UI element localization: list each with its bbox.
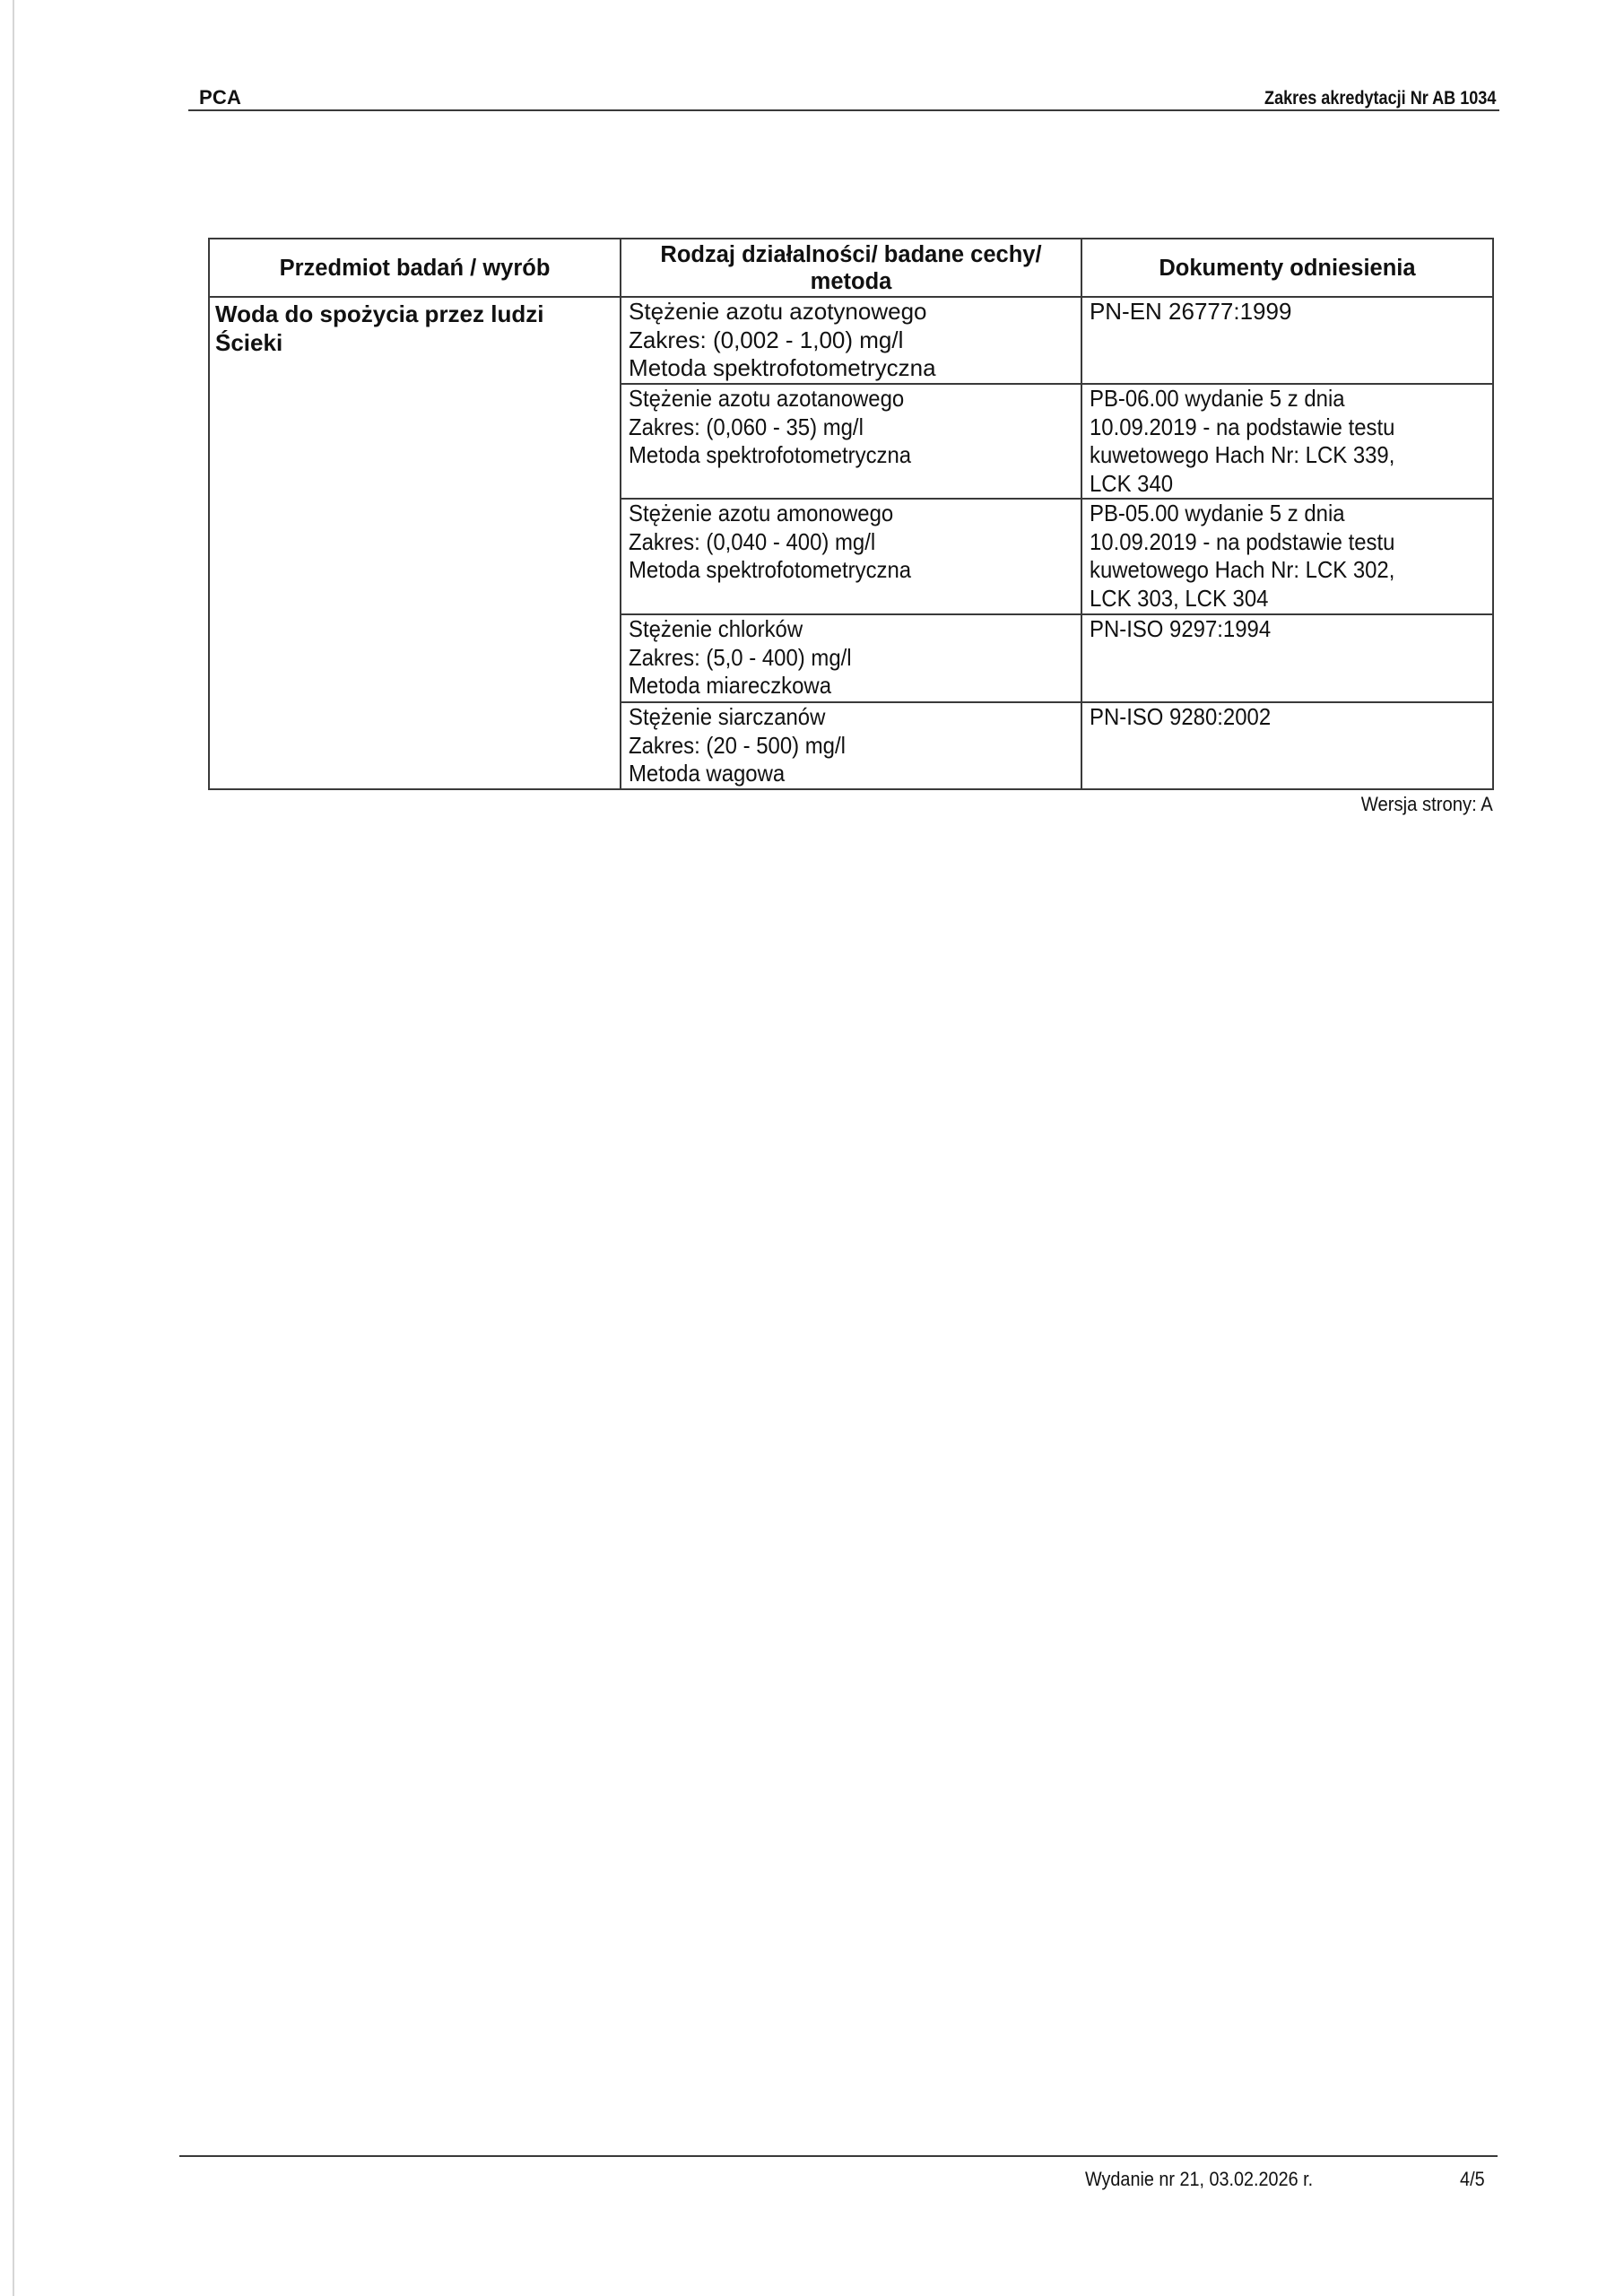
page-header: PCA Zakres akredytacji Nr AB 1034: [188, 84, 1499, 111]
document-line: kuwetowego Hach Nr: LCK 339,: [1090, 441, 1455, 470]
document-line: 10.09.2019 - na podstawie testu: [1090, 528, 1455, 557]
activity-line: Stężenie azotu azotynowego: [629, 298, 1075, 326]
documents-cell: PB-06.00 wydanie 5 z dnia 10.09.2019 - n…: [1081, 384, 1493, 499]
activity-line: Stężenie azotu azotanowego: [629, 385, 1039, 413]
activity-line: Stężenie siarczanów: [629, 703, 1039, 732]
header-accreditation-scope: Zakres akredytacji Nr AB 1034: [1264, 88, 1496, 109]
document-line: PN-ISO 9280:2002: [1090, 703, 1455, 732]
activity-cell: Stężenie azotu azotynowego Zakres: (0,00…: [621, 297, 1081, 384]
document-line: LCK 303, LCK 304: [1090, 585, 1455, 613]
activity-line: Zakres: (0,002 - 1,00) mg/l: [629, 326, 1075, 355]
activity-line: Zakres: (0,060 - 35) mg/l: [629, 413, 1039, 442]
subject-cell: Woda do spożycia przez ludzi Ścieki: [209, 297, 621, 789]
footer-page-number: 4/5: [1460, 2168, 1485, 2191]
document-line: PN-EN 26777:1999: [1090, 298, 1487, 326]
activity-line: Metoda spektrofotometryczna: [629, 441, 1039, 470]
document-line: PN-ISO 9297:1994: [1090, 615, 1455, 644]
activity-cell: Stężenie siarczanów Zakres: (20 - 500) m…: [621, 702, 1081, 789]
activity-cell: Stężenie azotu amonowego Zakres: (0,040 …: [621, 499, 1081, 614]
header-org: PCA: [199, 86, 241, 109]
subject-line: Woda do spożycia przez ludzi: [215, 300, 614, 329]
table-row: Woda do spożycia przez ludzi Ścieki Stęż…: [209, 297, 1493, 384]
table-header-row: Przedmiot badań / wyrób Rodzaj działalno…: [209, 239, 1493, 297]
activity-line: Stężenie azotu amonowego: [629, 500, 1039, 528]
document-line: PB-05.00 wydanie 5 z dnia: [1090, 500, 1455, 528]
page-footer: Wydanie nr 21, 03.02.2026 r. 4/5: [179, 2155, 1498, 2193]
footer-edition: Wydanie nr 21, 03.02.2026 r.: [1085, 2168, 1313, 2191]
activity-line: Stężenie chlorków: [629, 615, 1039, 644]
column-header-subject: Przedmiot badań / wyrób: [209, 239, 621, 297]
activity-line: Metoda wagowa: [629, 760, 1039, 788]
activity-line: Zakres: (0,040 - 400) mg/l: [629, 528, 1039, 557]
activity-cell: Stężenie chlorków Zakres: (5,0 - 400) mg…: [621, 614, 1081, 702]
documents-cell: PB-05.00 wydanie 5 z dnia 10.09.2019 - n…: [1081, 499, 1493, 614]
column-header-documents: Dokumenty odniesienia: [1081, 239, 1493, 297]
documents-cell: PN-ISO 9280:2002: [1081, 702, 1493, 789]
document-line: PB-06.00 wydanie 5 z dnia: [1090, 385, 1455, 413]
subject-line: Ścieki: [215, 329, 614, 358]
documents-cell: PN-ISO 9297:1994: [1081, 614, 1493, 702]
documents-cell: PN-EN 26777:1999: [1081, 297, 1493, 384]
activity-cell: Stężenie azotu azotanowego Zakres: (0,06…: [621, 384, 1081, 499]
scan-edge-line: [13, 0, 14, 2296]
activity-line: Zakres: (20 - 500) mg/l: [629, 732, 1039, 761]
document-line: kuwetowego Hach Nr: LCK 302,: [1090, 556, 1455, 585]
document-line: LCK 340: [1090, 470, 1455, 499]
document-line: 10.09.2019 - na podstawie testu: [1090, 413, 1455, 442]
activity-line: Metoda miareczkowa: [629, 672, 1039, 700]
accreditation-scope-table: Przedmiot badań / wyrób Rodzaj działalno…: [208, 238, 1494, 790]
column-header-activity: Rodzaj działalności/ badane cechy/ metod…: [621, 239, 1081, 297]
activity-line: Metoda spektrofotometryczna: [629, 556, 1039, 585]
activity-line: Zakres: (5,0 - 400) mg/l: [629, 644, 1039, 673]
page-version-label: Wersja strony: A: [1361, 793, 1493, 816]
activity-line: Metoda spektrofotometryczna: [629, 354, 1075, 383]
